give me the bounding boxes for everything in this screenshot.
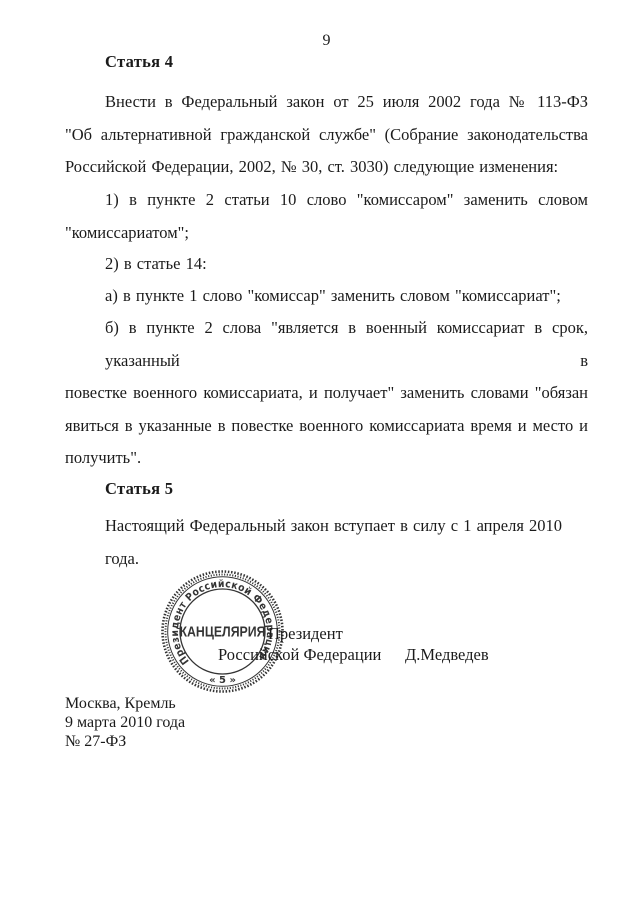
article-4-paragraph-4: а) в пункте 1 слово "комиссар" заменить …	[65, 280, 588, 313]
document-page: 9 Статья 4 Внести в Федеральный закон от…	[0, 0, 640, 900]
footer-block: Москва, Кремль 9 марта 2010 года № 27-ФЗ	[65, 694, 185, 751]
article-5-heading: Статья 5	[105, 478, 173, 500]
text-line: явиться в указанные в повестке военного …	[65, 410, 588, 443]
article-4-heading: Статья 4	[105, 51, 173, 73]
footer-number: № 27-ФЗ	[65, 732, 185, 751]
article-4-paragraph-5: б) в пункте 2 слова "является в военный …	[65, 312, 588, 475]
text-line: Российской Федерации, 2002, № 30, ст. 30…	[65, 151, 588, 184]
stamp-number: « 5 »	[209, 675, 236, 686]
chancellery-stamp: Президент Российской Федерации КАНЦЕЛЯРИ…	[159, 568, 286, 695]
text-line: Настоящий Федеральный закон вступает в с…	[65, 510, 588, 575]
article-4-paragraph-1: Внести в Федеральный закон от 25 июля 20…	[65, 86, 588, 184]
text-line: "комиссариатом";	[65, 217, 588, 250]
article-4-paragraph-2: 1) в пункте 2 статьи 10 слово "комиссаро…	[65, 184, 588, 249]
text-line: повестке военного комиссариата, и получа…	[65, 377, 588, 410]
text-line: получить".	[65, 442, 588, 475]
text-line: "Об альтернативной гражданской службе" (…	[65, 119, 588, 152]
page-number: 9	[65, 30, 588, 52]
footer-date: 9 марта 2010 года	[65, 713, 185, 732]
article-4-paragraph-3: 2) в статье 14:	[65, 248, 588, 281]
article-5-paragraph-1: Настоящий Федеральный закон вступает в с…	[65, 510, 588, 575]
footer-place: Москва, Кремль	[65, 694, 185, 713]
text-line: а) в пункте 1 слово "комиссар" заменить …	[65, 280, 588, 313]
text-line: 1) в пункте 2 статьи 10 слово "комиссаро…	[65, 184, 588, 217]
text-line: 2) в статье 14:	[65, 248, 588, 281]
stamp-center-text: КАНЦЕЛЯРИЯ	[180, 625, 266, 641]
text-line: Внести в Федеральный закон от 25 июля 20…	[65, 86, 588, 119]
signee-name: Д.Медведев	[405, 645, 489, 665]
text-line: б) в пункте 2 слова "является в военный …	[65, 312, 588, 377]
